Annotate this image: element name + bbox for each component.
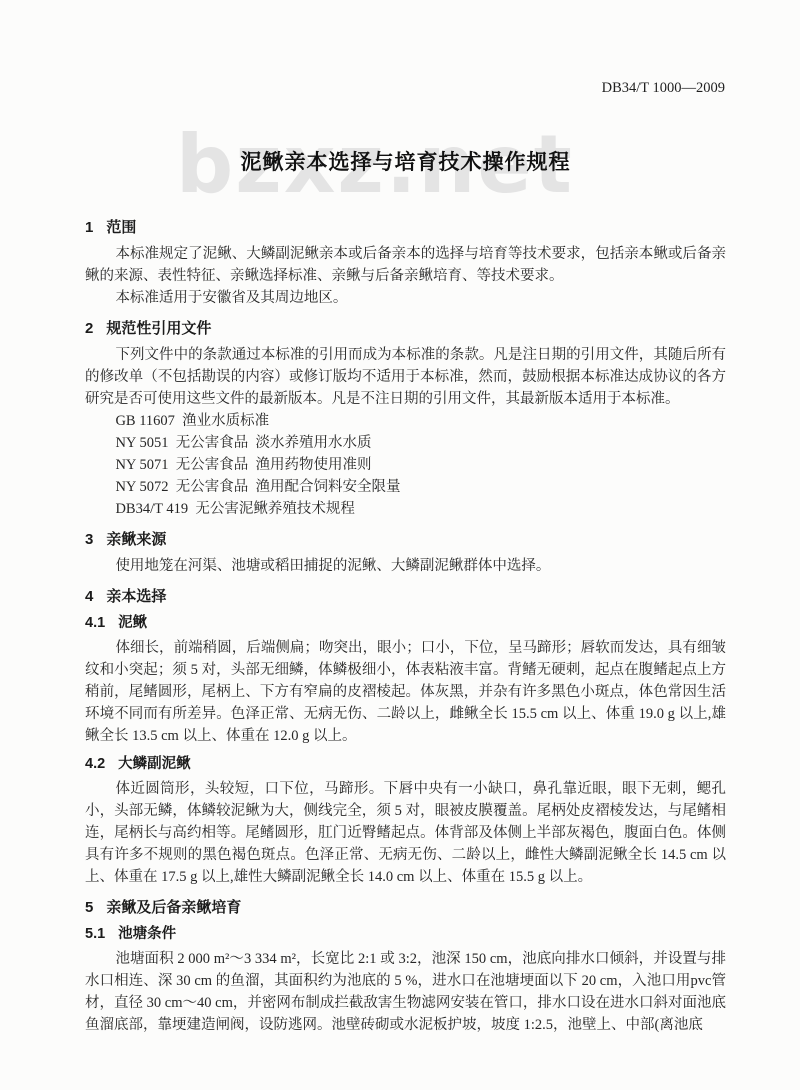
section-4-1-number: 4.1	[85, 615, 105, 631]
section-5-1-paragraph-1: 池塘面积 2 000 m²～3 334 m²，长宽比 2:1 或 3:2，池深 …	[85, 948, 726, 1036]
section-4-2-heading: 4.2大鳞副泥鳅	[85, 755, 726, 774]
document-body: 1范围 本标准规定了泥鳅、大鳞副泥鳅亲本或后备亲本的选择与培育等技术要求，包括亲…	[85, 206, 726, 1036]
section-1-heading: 1范围	[85, 218, 726, 237]
reference-item: GB 11607 渔业水质标准	[115, 410, 726, 432]
standard-code: DB34/T 1000—2009	[602, 80, 725, 97]
section-1-paragraph-2: 本标准适用于安徽省及其周边地区。	[85, 287, 726, 309]
section-1-number: 1	[85, 219, 93, 236]
section-1-paragraph-1: 本标准规定了泥鳅、大鳞副泥鳅亲本或后备亲本的选择与培育等技术要求，包括亲本鳅或后…	[85, 243, 726, 287]
section-5-1-heading: 5.1池塘条件	[85, 925, 726, 944]
section-5-1-number: 5.1	[85, 926, 105, 942]
document-title: 泥鳅亲本选择与培育技术操作规程	[85, 146, 726, 176]
section-4-number: 4	[85, 588, 93, 605]
reference-item: NY 5051 无公害食品 淡水养殖用水水质	[115, 432, 726, 454]
section-5-number: 5	[85, 899, 93, 916]
section-4-1-paragraph-1: 体细长，前端稍圆，后端侧扁；吻突出，眼小；口小，下位，呈马蹄形；唇软而发达，具有…	[85, 637, 726, 747]
reference-item: NY 5072 无公害食品 渔用配合饲料安全限量	[115, 476, 726, 498]
section-3-title: 亲鳅来源	[106, 531, 166, 548]
section-4-2-number: 4.2	[85, 756, 105, 772]
section-5-title: 亲鳅及后备亲鳅培育	[106, 899, 241, 916]
section-3-paragraph-1: 使用地笼在河渠、池塘或稻田捕捉的泥鳅、大鳞副泥鳅群体中选择。	[85, 555, 726, 577]
section-3-heading: 3亲鳅来源	[85, 530, 726, 549]
section-4-2-paragraph-1: 体近圆筒形，头较短，口下位，马蹄形。下唇中央有一小缺口，鼻孔靠近眼，眼下无刺，鳃…	[85, 778, 726, 888]
section-2-paragraph-1: 下列文件中的条款通过本标准的引用而成为本标准的条款。凡是注日期的引用文件，其随后…	[85, 344, 726, 410]
section-5-heading: 5亲鳅及后备亲鳅培育	[85, 898, 726, 917]
reference-item: DB34/T 419 无公害泥鳅养殖技术规程	[115, 498, 726, 520]
section-5-1-title: 池塘条件	[118, 926, 176, 942]
reference-item: NY 5071 无公害食品 渔用药物使用准则	[115, 454, 726, 476]
section-4-title: 亲本选择	[106, 588, 166, 605]
document-page: bzxz.net DB34/T 1000—2009 泥鳅亲本选择与培育技术操作规…	[0, 0, 800, 1090]
section-4-1-title: 泥鳅	[118, 615, 147, 631]
section-3-number: 3	[85, 531, 93, 548]
section-2-number: 2	[85, 320, 93, 337]
section-2-title: 规范性引用文件	[106, 320, 211, 337]
section-4-2-title: 大鳞副泥鳅	[118, 756, 191, 772]
section-4-1-heading: 4.1泥鳅	[85, 614, 726, 633]
section-2-heading: 2规范性引用文件	[85, 319, 726, 338]
section-1-title: 范围	[106, 219, 136, 236]
section-4-heading: 4亲本选择	[85, 587, 726, 606]
